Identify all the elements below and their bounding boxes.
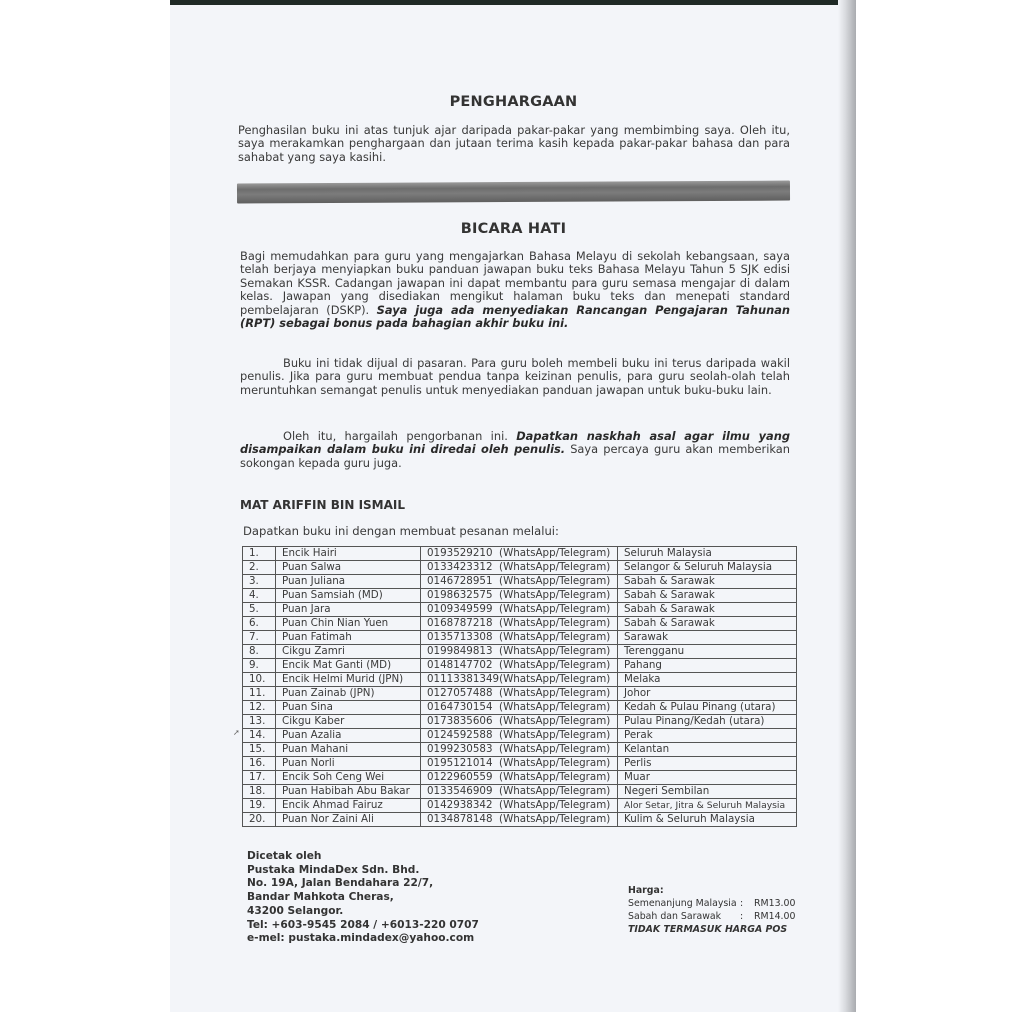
row-number: 13. (243, 715, 276, 729)
pricing-note: TIDAK TERMASUK HARGA POS (628, 923, 795, 936)
agent-phone: 0124592588 (WhatsApp/Telegram) (421, 729, 618, 743)
table-row: 6.Puan Chin Nian Yuen0168787218 (WhatsAp… (243, 617, 797, 631)
agent-name: Puan Samsiah (MD) (276, 589, 421, 603)
agent-phone: 0193529210 (WhatsApp/Telegram) (421, 547, 618, 561)
table-row: 14.Puan Azalia0124592588 (WhatsApp/Teleg… (243, 729, 797, 743)
agents-table: 1.Encik Hairi0193529210 (WhatsApp/Telegr… (242, 546, 797, 827)
table-row: 9.Encik Mat Ganti (MD)0148147702 (WhatsA… (243, 659, 797, 673)
agent-phone: 0135713308 (WhatsApp/Telegram) (421, 631, 618, 645)
table-row: 17.Encik Soh Ceng Wei0122960559 (WhatsAp… (243, 771, 797, 785)
row-number: 16. (243, 757, 276, 771)
agent-area: Pahang (618, 659, 797, 673)
agent-name: Puan Juliana (276, 575, 421, 589)
agent-name: Puan Habibah Abu Bakar (276, 785, 421, 799)
table-row: 8.Cikgu Zamri0199849813 (WhatsApp/Telegr… (243, 645, 797, 659)
agent-phone: 0134878148 (WhatsApp/Telegram) (421, 813, 618, 827)
agent-name: Encik Helmi Murid (JPN) (276, 673, 421, 687)
price-separator: : (740, 897, 754, 910)
agent-phone: 0142938342 (WhatsApp/Telegram) (421, 799, 618, 813)
agent-name: Cikgu Kaber (276, 715, 421, 729)
agent-phone: 0199230583 (WhatsApp/Telegram) (421, 743, 618, 757)
printer-line: Tel: +603-9545 2084 / +6013-220 0707 (247, 919, 479, 933)
agent-area: Kelantan (618, 743, 797, 757)
row-number: 20. (243, 813, 276, 827)
agent-name: Puan Chin Nian Yuen (276, 617, 421, 631)
foreword-p3-text-a: Oleh itu, hargailah pengorbanan ini. (283, 429, 516, 443)
row-number: 6. (243, 617, 276, 631)
row-number: 14. (243, 729, 276, 743)
row-number: 12. (243, 701, 276, 715)
agent-area: Sarawak (618, 631, 797, 645)
agent-phone: 0164730154 (WhatsApp/Telegram) (421, 701, 618, 715)
printer-line: 43200 Selangor. (247, 905, 479, 919)
pricing-title: Harga: (628, 884, 795, 897)
row-number: 5. (243, 603, 276, 617)
printer-line: No. 19A, Jalan Bendahara 22/7, (247, 877, 479, 891)
printer-info: Dicetak olehPustaka MindaDex Sdn. Bhd.No… (247, 850, 479, 946)
agent-area: Melaka (618, 673, 797, 687)
agent-name: Puan Nor Zaini Ali (276, 813, 421, 827)
agent-phone: 0148147702 (WhatsApp/Telegram) (421, 659, 618, 673)
agent-area: Kedah & Pulau Pinang (utara) (618, 701, 797, 715)
table-row: 7.Puan Fatimah0135713308 (WhatsApp/Teleg… (243, 631, 797, 645)
acknowledgement-text: Penghasilan buku ini atas tunjuk ajar da… (238, 124, 790, 164)
agent-area: Selangor & Seluruh Malaysia (618, 561, 797, 575)
agent-area: Sabah & Sarawak (618, 589, 797, 603)
table-row: 12.Puan Sina0164730154 (WhatsApp/Telegra… (243, 701, 797, 715)
row-number: 8. (243, 645, 276, 659)
row-number: 3. (243, 575, 276, 589)
table-row: 20.Puan Nor Zaini Ali0134878148 (WhatsAp… (243, 813, 797, 827)
agent-name: Puan Jara (276, 603, 421, 617)
table-row: 4.Puan Samsiah (MD)0198632575 (WhatsApp/… (243, 589, 797, 603)
price-row: Semenanjung Malaysia:RM13.00 (628, 897, 795, 910)
agent-name: Puan Azalia (276, 729, 421, 743)
row-number: 15. (243, 743, 276, 757)
agent-name: Cikgu Zamri (276, 645, 421, 659)
printer-line: Bandar Mahkota Cheras, (247, 891, 479, 905)
price-value: RM13.00 (754, 898, 795, 909)
agent-phone: 0133423312 (WhatsApp/Telegram) (421, 561, 618, 575)
agent-area: Terengganu (618, 645, 797, 659)
row-number: 19. (243, 799, 276, 813)
table-row: 15.Puan Mahani0199230583 (WhatsApp/Teleg… (243, 743, 797, 757)
agent-area: Sabah & Sarawak (618, 603, 797, 617)
agent-area: Sabah & Sarawak (618, 575, 797, 589)
agent-name: Puan Sina (276, 701, 421, 715)
printer-line: e-mel: pustaka.mindadex@yahoo.com (247, 932, 479, 946)
agent-phone: 0173835606 (WhatsApp/Telegram) (421, 715, 618, 729)
row-number: 1. (243, 547, 276, 561)
agent-area: Alor Setar, Jitra & Seluruh Malaysia (618, 799, 797, 813)
agent-name: Puan Norli (276, 757, 421, 771)
agent-area: Pulau Pinang/Kedah (utara) (618, 715, 797, 729)
agent-area: Kulim & Seluruh Malaysia (618, 813, 797, 827)
agent-phone: 01113381349(WhatsApp/Telegram) (421, 673, 618, 687)
agent-name: Puan Mahani (276, 743, 421, 757)
page-top-edge (170, 0, 842, 5)
agent-area: Seluruh Malaysia (618, 547, 797, 561)
agent-area: Negeri Sembilan (618, 785, 797, 799)
price-row: Sabah dan Sarawak:RM14.00 (628, 910, 795, 923)
acknowledgement-title: PENGHARGAAN (237, 94, 790, 110)
row-number: 17. (243, 771, 276, 785)
agent-name: Encik Soh Ceng Wei (276, 771, 421, 785)
section-divider (237, 181, 790, 204)
row-number: 9. (243, 659, 276, 673)
printer-line: Pustaka MindaDex Sdn. Bhd. (247, 864, 479, 878)
price-value: RM14.00 (754, 911, 795, 922)
price-region: Semenanjung Malaysia (628, 897, 740, 910)
table-row: 18.Puan Habibah Abu Bakar0133546909 (Wha… (243, 785, 797, 799)
row-number: 18. (243, 785, 276, 799)
agent-phone: 0127057488 (WhatsApp/Telegram) (421, 687, 618, 701)
agent-phone: 0109349599 (WhatsApp/Telegram) (421, 603, 618, 617)
row-number: 7. (243, 631, 276, 645)
price-separator: : (740, 910, 754, 923)
price-region: Sabah dan Sarawak (628, 910, 740, 923)
foreword-paragraph-3: Oleh itu, hargailah pengorbanan ini. Dap… (240, 430, 790, 470)
agent-area: Johor (618, 687, 797, 701)
agent-name: Encik Mat Ganti (MD) (276, 659, 421, 673)
stray-mark: ➚ (233, 728, 240, 737)
row-number: 11. (243, 687, 276, 701)
printer-line: Dicetak oleh (247, 850, 479, 864)
agent-phone: 0199849813 (WhatsApp/Telegram) (421, 645, 618, 659)
table-row: 5.Puan Jara0109349599 (WhatsApp/Telegram… (243, 603, 797, 617)
agent-area: Muar (618, 771, 797, 785)
table-row: 10.Encik Helmi Murid (JPN)01113381349(Wh… (243, 673, 797, 687)
table-row: 16.Puan Norli0195121014 (WhatsApp/Telegr… (243, 757, 797, 771)
table-row: 13.Cikgu Kaber0173835606 (WhatsApp/Teleg… (243, 715, 797, 729)
table-row: 3.Puan Juliana0146728951 (WhatsApp/Teleg… (243, 575, 797, 589)
agent-phone: 0146728951 (WhatsApp/Telegram) (421, 575, 618, 589)
table-row: 11.Puan Zainab (JPN)0127057488 (WhatsApp… (243, 687, 797, 701)
agent-name: Puan Salwa (276, 561, 421, 575)
row-number: 10. (243, 673, 276, 687)
page-spine-shadow (838, 0, 856, 1012)
agent-area: Perlis (618, 757, 797, 771)
row-number: 4. (243, 589, 276, 603)
agent-phone: 0168787218 (WhatsApp/Telegram) (421, 617, 618, 631)
agent-area: Sabah & Sarawak (618, 617, 797, 631)
agent-phone: 0195121014 (WhatsApp/Telegram) (421, 757, 618, 771)
pricing-box: Harga: Semenanjung Malaysia:RM13.00Sabah… (628, 884, 795, 936)
agent-phone: 0133546909 (WhatsApp/Telegram) (421, 785, 618, 799)
agent-area: Perak (618, 729, 797, 743)
row-number: 2. (243, 561, 276, 575)
author-name: MAT ARIFFIN BIN ISMAIL (240, 498, 405, 512)
foreword-paragraph-1: Bagi memudahkan para guru yang mengajark… (240, 250, 790, 330)
table-row: 1.Encik Hairi0193529210 (WhatsApp/Telegr… (243, 547, 797, 561)
agent-name: Encik Ahmad Fairuz (276, 799, 421, 813)
table-row: 2.Puan Salwa0133423312 (WhatsApp/Telegra… (243, 561, 797, 575)
agent-phone: 0198632575 (WhatsApp/Telegram) (421, 589, 618, 603)
table-row: 19.Encik Ahmad Fairuz0142938342 (WhatsAp… (243, 799, 797, 813)
foreword-title: BICARA HATI (237, 221, 790, 237)
orders-intro: Dapatkan buku ini dengan membuat pesanan… (243, 525, 643, 538)
agent-phone: 0122960559 (WhatsApp/Telegram) (421, 771, 618, 785)
agent-name: Encik Hairi (276, 547, 421, 561)
foreword-paragraph-2: Buku ini tidak dijual di pasaran. Para g… (240, 357, 790, 397)
agent-name: Puan Zainab (JPN) (276, 687, 421, 701)
agent-name: Puan Fatimah (276, 631, 421, 645)
